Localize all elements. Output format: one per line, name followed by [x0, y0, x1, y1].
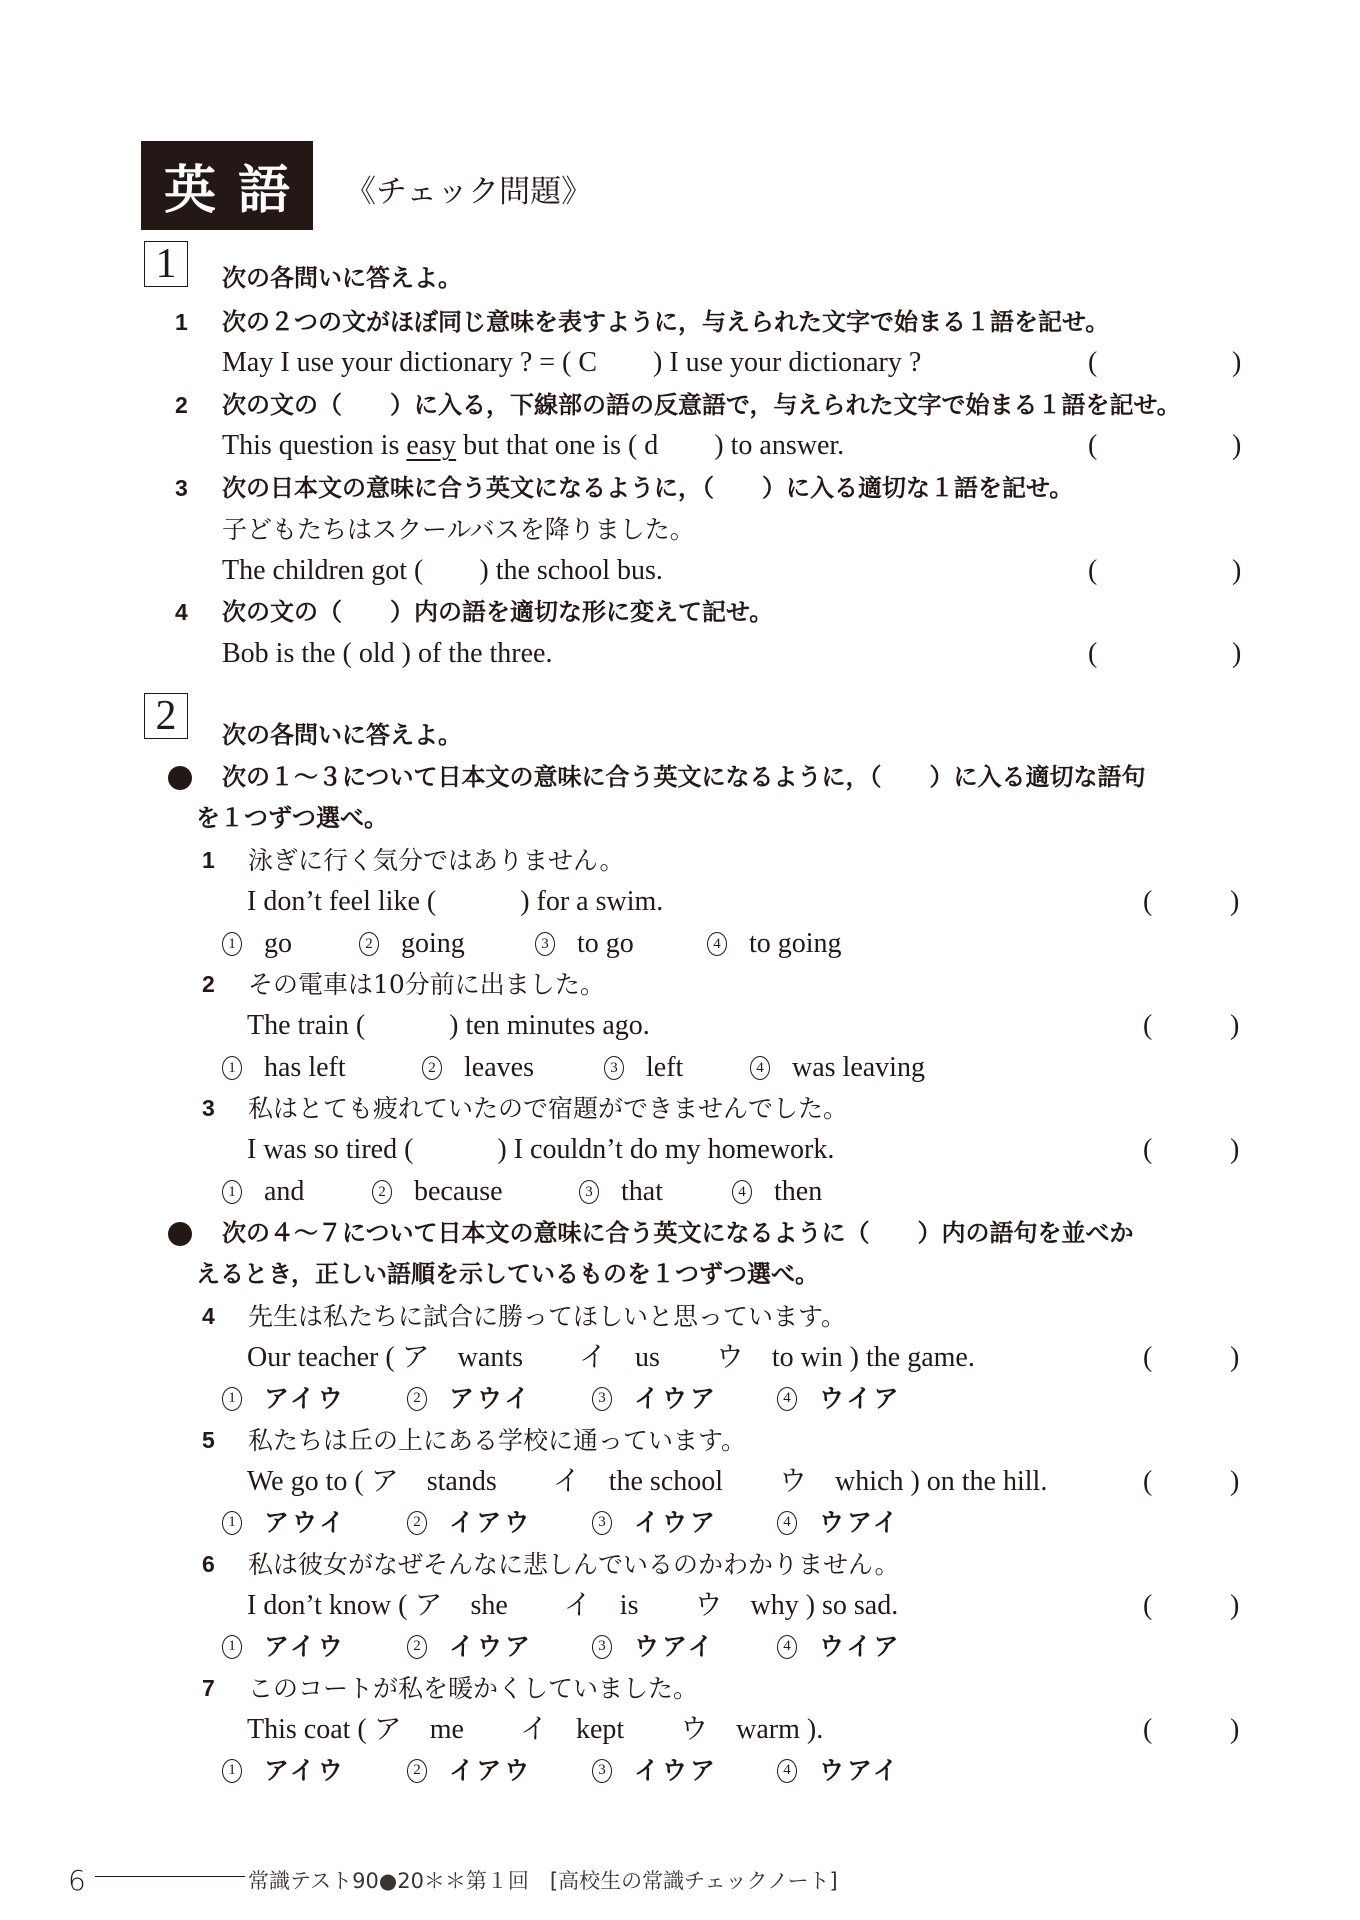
- choice-text: イアウ: [449, 1510, 532, 1535]
- choice-option[interactable]: 1go: [222, 930, 292, 958]
- answer-blank-open: (: [1143, 1344, 1152, 1372]
- choice-text: that: [621, 1178, 663, 1206]
- question-prompt: 次の文の（ ）内の語を適切な形に変えて記せ。: [222, 600, 773, 624]
- choice-text: アイウ: [264, 1634, 346, 1659]
- choice-option[interactable]: 4to going: [707, 930, 842, 958]
- choice-text: イウア: [449, 1634, 533, 1659]
- question-prompt: 次の文の（ ）に入る，下線部の語の反意語で，与えられた文字で始まる１語を記せ。: [222, 393, 1181, 417]
- answer-blank-close: ): [1230, 1592, 1239, 1620]
- choice-text: because: [414, 1178, 503, 1206]
- circled-number: 3: [579, 1180, 599, 1204]
- choice-option[interactable]: 2going: [359, 930, 465, 958]
- circled-number: 1: [222, 932, 242, 956]
- circled-number: 1: [222, 1759, 242, 1783]
- choice-option[interactable]: 3to go: [535, 930, 634, 958]
- answer-blank-open: (: [1143, 1468, 1152, 1496]
- circled-number: 4: [707, 932, 727, 956]
- question-sentence: Bob is the ( old ) of the three.: [222, 640, 552, 668]
- choice-text: ウアイ: [819, 1758, 901, 1783]
- question-sentence: This coat ( ア me イ kept ウ warm ).: [247, 1716, 823, 1744]
- choice-text: go: [264, 930, 292, 958]
- choice-option[interactable]: 1has left: [222, 1054, 346, 1082]
- choice-option[interactable]: 4ウアイ: [777, 1510, 901, 1535]
- choice-option[interactable]: 3ウアイ: [592, 1634, 716, 1659]
- circled-number: 1: [222, 1056, 242, 1080]
- subject-title: 英語: [164, 148, 312, 223]
- choice-text: going: [401, 930, 465, 958]
- choice-option[interactable]: 4ウイア: [777, 1634, 902, 1659]
- choice-text: アイウ: [264, 1758, 346, 1783]
- question-sentence: I was so tired ( ) I couldn’t do my home…: [247, 1136, 834, 1164]
- japanese-sentence: 泳ぎに行く気分ではありません。: [248, 848, 625, 873]
- circled-number: 2: [407, 1511, 427, 1535]
- question-number: 7: [202, 1677, 215, 1700]
- question-number: 1: [202, 849, 215, 872]
- circled-number: 3: [592, 1759, 612, 1783]
- choice-option[interactable]: 2イウア: [407, 1634, 533, 1659]
- circled-number: 2: [359, 932, 379, 956]
- question-sentence: The children got ( ) the school bus.: [222, 557, 663, 585]
- footer-rule: [95, 1876, 245, 1877]
- section-instruction: 次の各問いに答えよ。: [222, 266, 462, 290]
- choice-text: to going: [749, 930, 842, 958]
- choice-text: ウアイ: [819, 1510, 901, 1535]
- circled-number: 2: [407, 1759, 427, 1783]
- choice-text: then: [774, 1178, 822, 1206]
- choice-option[interactable]: 3left: [604, 1054, 683, 1082]
- question-number: 3: [175, 477, 188, 500]
- choice-text: アイウ: [264, 1386, 346, 1411]
- circled-number: 1: [222, 1180, 242, 1204]
- japanese-sentence: このコートが私を暖かくしていました。: [248, 1676, 698, 1701]
- answer-blank-open: (: [1143, 888, 1152, 916]
- choice-text: ウイア: [819, 1634, 902, 1659]
- choice-text: has left: [264, 1054, 346, 1082]
- circled-number: 3: [535, 932, 555, 956]
- circled-number: 4: [777, 1635, 797, 1659]
- question-prompt: 次の日本文の意味に合う英文になるように，（ ）に入る適切な１語を記せ。: [222, 476, 1073, 500]
- part-instruction-line2: を１つずつ選べ。: [196, 806, 388, 830]
- choice-option[interactable]: 4was leaving: [750, 1054, 925, 1082]
- answer-blank-close: ): [1232, 557, 1241, 585]
- question-sentence: I don’t know ( ア she イ is ウ why ) so sad…: [247, 1592, 898, 1620]
- choice-option[interactable]: 2because: [372, 1178, 503, 1206]
- choice-option[interactable]: 2leaves: [422, 1054, 534, 1082]
- japanese-sentence: 私は彼女がなぜそんなに悲しんでいるのかわかりません。: [248, 1552, 900, 1577]
- section-number: 2: [156, 695, 177, 737]
- question-sentence: This question is easy but that one is ( …: [222, 432, 844, 460]
- choice-option[interactable]: 3that: [579, 1178, 663, 1206]
- question-number: 2: [202, 973, 215, 996]
- footer-title: 常識テスト90●20＊＊第１回 [高校生の常識チェックノート]: [248, 1865, 838, 1895]
- choice-option[interactable]: 2イアウ: [407, 1758, 532, 1783]
- answer-blank-open: (: [1143, 1136, 1152, 1164]
- answer-blank-close: ): [1230, 888, 1239, 916]
- question-number: 2: [175, 394, 188, 417]
- circled-number: 1: [222, 1511, 242, 1535]
- sentence-part: but that one is ( d ) to answer.: [456, 430, 844, 461]
- japanese-sentence: 私たちは丘の上にある学校に通っています。: [248, 1428, 746, 1453]
- question-number: 4: [202, 1305, 215, 1328]
- question-sentence: We go to ( ア stands イ the school ウ which…: [247, 1468, 1047, 1496]
- choice-text: アウイ: [264, 1510, 347, 1535]
- choice-option[interactable]: 3イウア: [592, 1510, 718, 1535]
- circled-number: 3: [592, 1635, 612, 1659]
- check-questions-title: 《チェック問題》: [345, 166, 592, 211]
- choice-text: イウア: [634, 1510, 718, 1535]
- question-prompt: 次の２つの文がほぼ同じ意味を表すように，与えられた文字で始まる１語を記せ。: [222, 310, 1109, 334]
- answer-blank-open: (: [1143, 1012, 1152, 1040]
- choice-option[interactable]: 1アイウ: [222, 1634, 346, 1659]
- choice-option[interactable]: 1アイウ: [222, 1386, 346, 1411]
- circled-number: 1: [222, 1387, 242, 1411]
- sentence-part: This question is: [222, 430, 406, 461]
- bullet-icon: [168, 1222, 192, 1246]
- underlined-word: easy: [406, 430, 456, 461]
- question-number: 6: [202, 1553, 215, 1576]
- choice-option[interactable]: 3イウア: [592, 1758, 718, 1783]
- choice-text: leaves: [464, 1054, 534, 1082]
- choice-text: イアウ: [449, 1758, 532, 1783]
- section-number-box: 2: [144, 693, 188, 739]
- subject-heading-box: 英語: [141, 141, 313, 230]
- japanese-sentence: 子どもたちはスクールバスを降りました。: [222, 517, 695, 542]
- section-number: 1: [156, 243, 177, 285]
- choice-text: イウア: [634, 1758, 718, 1783]
- question-sentence: Our teacher ( ア wants イ us ウ to win ) th…: [247, 1344, 975, 1372]
- choice-option[interactable]: 1アイウ: [222, 1758, 346, 1783]
- answer-blank-close: ): [1232, 640, 1241, 668]
- choice-text: ウイア: [819, 1386, 902, 1411]
- part-instruction-line1: 次の１～３について日本文の意味に合う英文になるように，（ ）に入る適切な語句: [222, 765, 1146, 789]
- question-number: 5: [202, 1429, 215, 1452]
- circled-number: 3: [592, 1511, 612, 1535]
- section-number-box: 1: [144, 241, 188, 287]
- choice-option[interactable]: 1and: [222, 1178, 304, 1206]
- answer-blank-open: (: [1143, 1716, 1152, 1744]
- question-number: 1: [175, 311, 188, 334]
- choice-text: to go: [577, 930, 634, 958]
- circled-number: 2: [407, 1635, 427, 1659]
- choice-option[interactable]: 4ウイア: [777, 1386, 902, 1411]
- choice-text: イウア: [634, 1386, 718, 1411]
- answer-blank-close: ): [1230, 1136, 1239, 1164]
- answer-blank-close: ): [1230, 1468, 1239, 1496]
- worksheet-page: 英語 《チェック問題》 1 次の各問いに答えよ。 1 次の２つの文がほぼ同じ意味…: [0, 0, 1360, 1920]
- circled-number: 4: [777, 1387, 797, 1411]
- choice-text: left: [646, 1054, 683, 1082]
- page-number: 6: [68, 1864, 86, 1897]
- answer-blank-close: ): [1232, 432, 1241, 460]
- circled-number: 2: [407, 1387, 427, 1411]
- section-instruction: 次の各問いに答えよ。: [222, 723, 462, 747]
- part-instruction-line1: 次の４～７について日本文の意味に合う英文になるように（ ）内の語句を並べか: [222, 1221, 1134, 1245]
- choice-text: and: [264, 1178, 304, 1206]
- japanese-sentence: その電車は10分前に出ました。: [248, 972, 605, 997]
- question-sentence: I don’t feel like ( ) for a swim.: [247, 888, 663, 916]
- choice-option[interactable]: 2アウイ: [407, 1386, 532, 1411]
- question-number: 3: [202, 1097, 215, 1120]
- circled-number: 3: [604, 1056, 624, 1080]
- circled-number: 4: [777, 1511, 797, 1535]
- answer-blank-open: (: [1143, 1592, 1152, 1620]
- circled-number: 2: [372, 1180, 392, 1204]
- circled-number: 4: [777, 1759, 797, 1783]
- choice-text: was leaving: [792, 1054, 925, 1082]
- question-sentence: The train ( ) ten minutes ago.: [247, 1012, 650, 1040]
- answer-blank-open: (: [1088, 432, 1097, 460]
- choice-option[interactable]: 2イアウ: [407, 1510, 532, 1535]
- circled-number: 4: [732, 1180, 752, 1204]
- answer-blank-close: ): [1230, 1012, 1239, 1040]
- choice-text: ウアイ: [634, 1634, 716, 1659]
- part-instruction-line2: えるとき，正しい語順を示しているものを１つずつ選べ。: [196, 1262, 819, 1286]
- choice-text: アウイ: [449, 1386, 532, 1411]
- answer-blank-close: ): [1232, 349, 1241, 377]
- circled-number: 1: [222, 1635, 242, 1659]
- circled-number: 3: [592, 1387, 612, 1411]
- circled-number: 4: [750, 1056, 770, 1080]
- question-number: 4: [175, 601, 188, 624]
- choice-option[interactable]: 1アウイ: [222, 1510, 347, 1535]
- bullet-icon: [168, 766, 192, 790]
- answer-blank-open: (: [1088, 557, 1097, 585]
- answer-blank-open: (: [1088, 349, 1097, 377]
- japanese-sentence: 私はとても疲れていたので宿題ができませんでした。: [248, 1096, 848, 1121]
- answer-blank-open: (: [1088, 640, 1097, 668]
- answer-blank-close: ): [1230, 1344, 1239, 1372]
- question-sentence: May I use your dictionary ? = ( C ) I us…: [222, 349, 921, 377]
- choice-option[interactable]: 4ウアイ: [777, 1758, 901, 1783]
- japanese-sentence: 先生は私たちに試合に勝ってほしいと思っています。: [248, 1304, 846, 1329]
- circled-number: 2: [422, 1056, 442, 1080]
- answer-blank-close: ): [1230, 1716, 1239, 1744]
- choice-option[interactable]: 3イウア: [592, 1386, 718, 1411]
- choice-option[interactable]: 4then: [732, 1178, 822, 1206]
